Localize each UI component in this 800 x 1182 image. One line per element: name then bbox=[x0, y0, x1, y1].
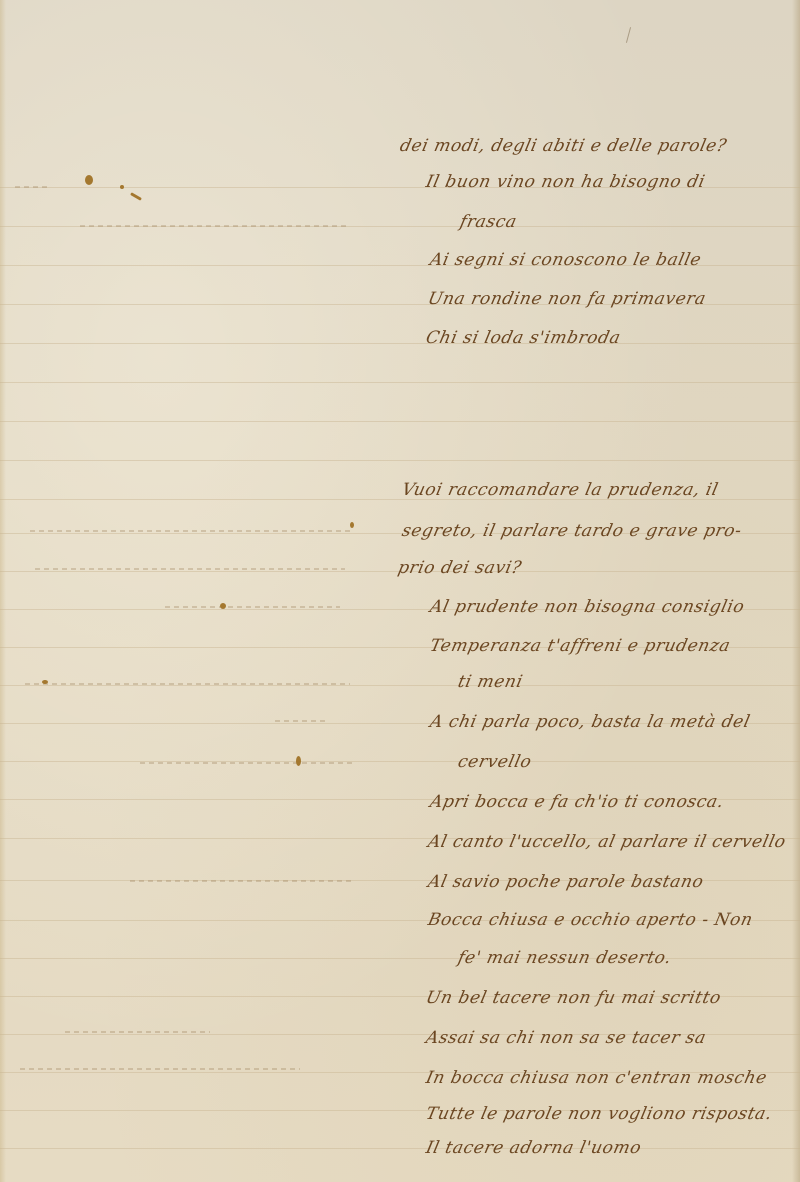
proverb-line: Tutte le parole non vogliono risposta. bbox=[424, 1104, 774, 1124]
proverb-line: Al canto l'uccello, al parlare il cervel… bbox=[426, 832, 788, 852]
intro-line: prio dei savi? bbox=[396, 558, 524, 578]
proverb-line: A chi parla poco, basta la metà del bbox=[428, 712, 752, 732]
ink-blot bbox=[220, 603, 226, 609]
intro-line: Vuoi raccomandare la prudenza, il bbox=[400, 480, 720, 500]
ink-bleed bbox=[30, 530, 350, 532]
ruled-line bbox=[0, 685, 800, 686]
paper-left-edge bbox=[0, 0, 6, 1182]
ruled-line bbox=[0, 421, 800, 422]
ink-blot bbox=[85, 175, 93, 185]
proverb-line: frasca bbox=[458, 212, 519, 232]
ruled-line bbox=[0, 1148, 800, 1149]
intro-line: segreto, il parlare tardo e grave pro- bbox=[400, 521, 744, 541]
proverb-line: fe' mai nessun deserto. bbox=[456, 948, 673, 968]
ink-bleed bbox=[140, 762, 355, 764]
proverb-line: Al savio poche parole bastano bbox=[426, 872, 706, 892]
proverb-line: Il tacere adorna l'uomo bbox=[424, 1138, 643, 1158]
paper-right-edge bbox=[792, 0, 800, 1182]
manuscript-page: dei modi, degli abiti e delle parole? Il… bbox=[0, 0, 800, 1182]
ruled-line bbox=[0, 460, 800, 461]
ink-blot bbox=[120, 185, 124, 189]
intro-line: dei modi, degli abiti e delle parole? bbox=[398, 136, 729, 156]
ruled-line bbox=[0, 343, 800, 344]
proverb-line: Apri bocca e fa ch'io ti conosca. bbox=[428, 792, 726, 812]
proverb-line: Una rondine non fa primavera bbox=[426, 289, 708, 309]
ink-bleed bbox=[15, 186, 50, 188]
proverb-line: Il buon vino non ha bisogno di bbox=[424, 172, 707, 192]
proverb-line: Al prudente non bisogna consiglio bbox=[428, 597, 746, 617]
proverb-line: Un bel tacere non fu mai scritto bbox=[424, 988, 723, 1008]
ink-bleed bbox=[275, 720, 325, 722]
ruled-line bbox=[0, 761, 800, 762]
ink-bleed bbox=[20, 1068, 300, 1070]
proverb-line: In bocca chiusa non c'entran mosche bbox=[424, 1068, 769, 1088]
ink-blot bbox=[350, 522, 354, 528]
ink-bleed bbox=[65, 1031, 210, 1033]
ink-blot bbox=[296, 756, 301, 766]
ruled-line bbox=[0, 382, 800, 383]
proverb-line: Ai segni si conoscono le balle bbox=[428, 250, 703, 270]
proverb-line: Temperanza t'affreni e prudenza bbox=[428, 636, 732, 656]
ink-bleed bbox=[130, 880, 355, 882]
proverb-line: Assai sa chi non sa se tacer sa bbox=[424, 1028, 708, 1048]
proverb-line: ti meni bbox=[456, 672, 525, 692]
proverb-line: cervello bbox=[456, 752, 534, 772]
ink-blot bbox=[130, 192, 142, 201]
ink-bleed bbox=[25, 683, 350, 685]
ink-bleed bbox=[80, 225, 350, 227]
ruled-line bbox=[0, 958, 800, 959]
proverb-line: Chi si loda s'imbroda bbox=[424, 328, 623, 348]
ink-bleed bbox=[35, 568, 345, 570]
stray-pen-mark bbox=[626, 27, 631, 43]
proverb-line: Bocca chiusa e occhio aperto - Non bbox=[426, 910, 755, 930]
ink-blot bbox=[42, 680, 48, 684]
ink-bleed bbox=[165, 606, 340, 608]
